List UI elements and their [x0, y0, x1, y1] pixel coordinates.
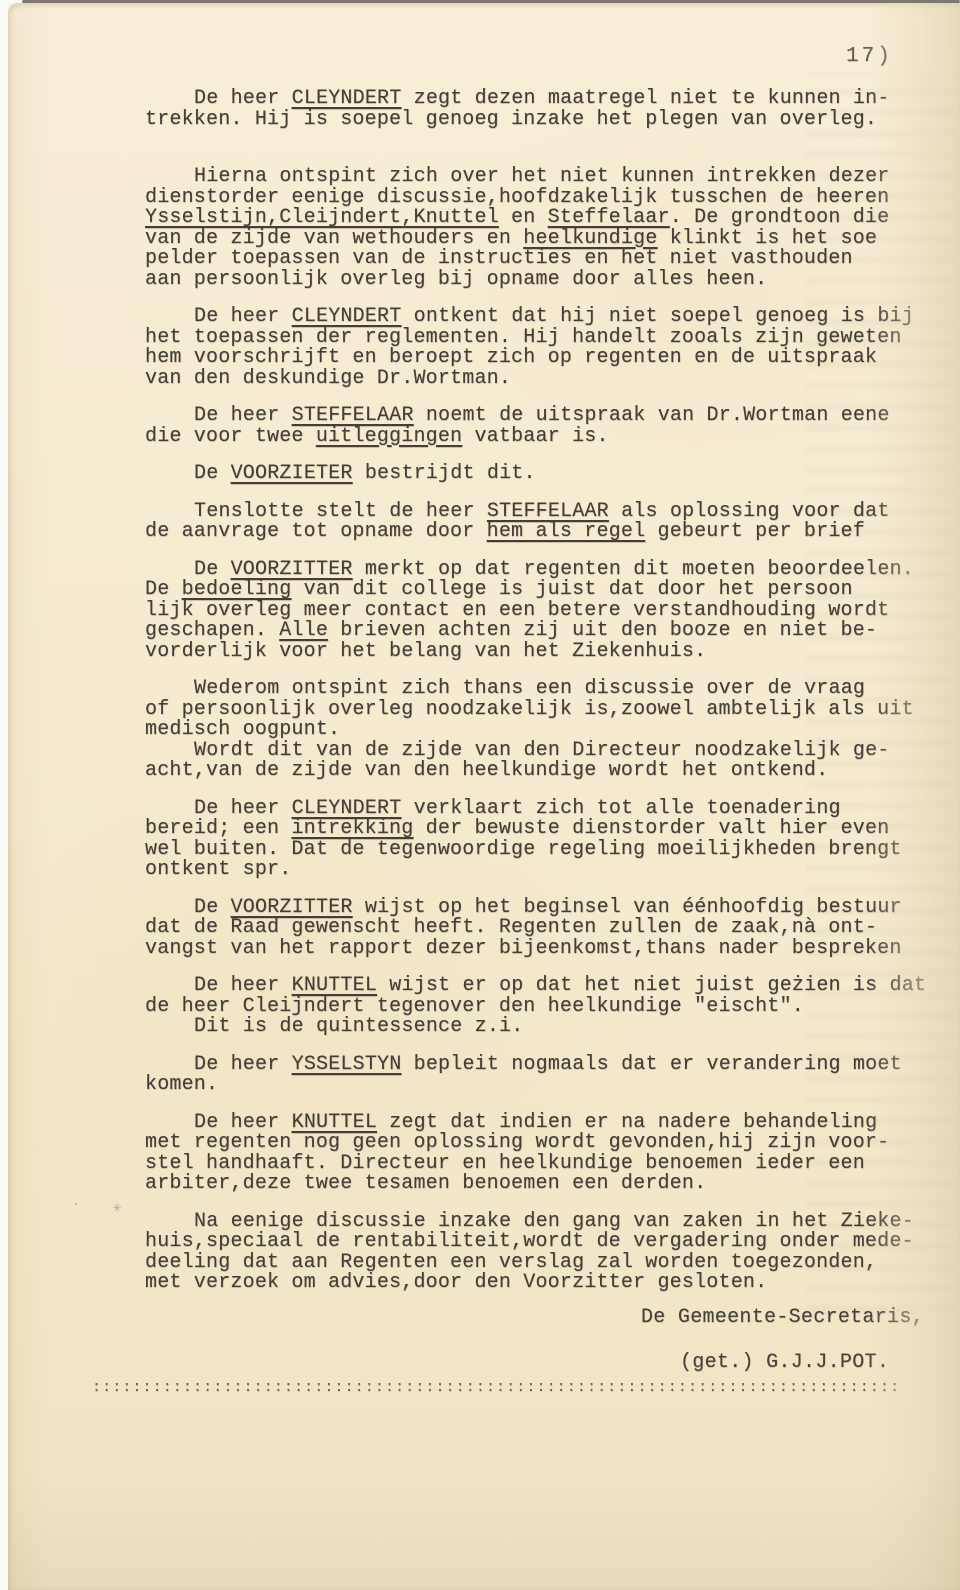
text-line: acht,van de zijde van den heelkundige wo…: [145, 761, 950, 782]
text-line: het toepassen der reglementen. Hij hande…: [145, 328, 950, 349]
paragraph: De heer CLEYNDERT zegt dezen maatregel n…: [145, 89, 950, 130]
text-line: van de zijde van wethouders en heelkundi…: [145, 229, 950, 250]
text-line: van den deskundige Dr.Wortman.: [145, 369, 950, 390]
text-line: Hierna ontspint zich over het niet kunne…: [145, 167, 950, 188]
text-line: De heer KNUTTEL zegt dat indien er na na…: [145, 1113, 950, 1134]
text-line: met regenten nog geen oplossing wordt ge…: [145, 1133, 950, 1154]
text-line: De VOORZIETER bestrijdt dit.: [145, 464, 950, 485]
text-line: Tenslotte stelt de heer STEFFELAAR als o…: [145, 502, 950, 523]
text-line: ontkent spr.: [145, 860, 950, 881]
text-line: De VOORZITTER merkt op dat regenten dit …: [145, 560, 950, 581]
text-line: of persoonlijk overleg noodzakelijk is,z…: [145, 700, 950, 721]
text-line: De heer CLEYNDERT zegt dezen maatregel n…: [145, 89, 950, 110]
underlined-text: YSSELSTYN: [292, 1053, 402, 1076]
text-line: trekken. Hij is soepel genoeg inzake het…: [145, 110, 950, 131]
underlined-text: VOORZIETER: [231, 462, 353, 485]
paragraph: De heer STEFFELAAR noemt de uitspraak va…: [145, 406, 950, 447]
text-line: aan persoonlijk overleg bij opname door …: [145, 270, 950, 291]
text-segment: vatbaar is.: [462, 425, 608, 448]
text-line: met verzoek om advies,door den Voorzitte…: [145, 1273, 950, 1294]
document-body: De heer CLEYNDERT zegt dezen maatregel n…: [145, 89, 950, 1294]
text-line: Na eenige discussie inzake den gang van …: [145, 1212, 950, 1233]
text-segment: die voor twee: [145, 425, 316, 448]
text-line: De heer YSSELSTYN bepleit nogmaals dat e…: [145, 1055, 950, 1076]
text-segment: De: [194, 462, 231, 485]
paragraph: De VOORZIETER bestrijdt dit.: [145, 464, 950, 485]
text-line: Wordt dit van de zijde van den Directeur…: [145, 741, 950, 762]
underlined-text: hem als regel: [487, 520, 646, 543]
text-segment: Dit is de quintessence z.i.: [194, 1015, 523, 1038]
scanned-page: 17) De heer CLEYNDERT zegt dezen maatreg…: [8, 3, 960, 1590]
text-line: De heer STEFFELAAR noemt de uitspraak va…: [145, 406, 950, 427]
text-line: De heer CLEYNDERT verklaart zich tot all…: [145, 799, 950, 820]
text-line: lijk overleg meer contact en een betere …: [145, 601, 950, 622]
text-line: Dit is de quintessence z.i.: [145, 1017, 950, 1038]
paragraph: De heer CLEYNDERT ontkent dat hij niet s…: [145, 307, 950, 389]
text-line: Ysselstijn,Cleijndert,Knuttel en Steffel…: [145, 208, 950, 229]
text-line: bereid; een intrekking der bewuste diens…: [145, 819, 950, 840]
text-segment: bestrijdt dit.: [353, 462, 536, 485]
paragraph: Na eenige discussie inzake den gang van …: [145, 1212, 950, 1294]
text-segment: vangst van het rapport dezer bijeenkomst…: [145, 937, 902, 960]
text-line: pelder toepassen van de instructies en h…: [145, 249, 950, 270]
paragraph: De heer YSSELSTYN bepleit nogmaals dat e…: [145, 1055, 950, 1096]
text-line: de aanvrage tot opname door hem als rege…: [145, 522, 950, 543]
signature-role: De Gemeente-Secretaris,: [641, 1306, 924, 1329]
separator-dotted-line: ::::::::::::::::::::::::::::::::::::::::…: [92, 1379, 900, 1396]
text-line: die voor twee uitleggingen vatbaar is.: [145, 427, 950, 448]
text-segment: trekken. Hij is soepel genoeg inzake het…: [145, 108, 877, 131]
text-line: vangst van het rapport dezer bijeenkomst…: [145, 939, 950, 960]
text-segment: komen.: [145, 1073, 218, 1096]
text-line: De bedoeling van dit college is juist da…: [145, 580, 950, 601]
text-segment: bepleit nogmaals dat er verandering moet: [401, 1053, 901, 1076]
text-line: hem voorschrijft en beroept zich op rege…: [145, 348, 950, 369]
text-segment: acht,van de zijde van den heelkundige wo…: [145, 759, 828, 782]
text-segment: gebeurt per brief: [645, 520, 865, 543]
underlined-text: uitleggingen: [316, 425, 462, 448]
page-number: 17): [846, 45, 893, 68]
paragraph: Tenslotte stelt de heer STEFFELAAR als o…: [145, 502, 950, 543]
text-line: komen.: [145, 1075, 950, 1096]
text-segment: arbiter,deze twee tesamen benoemen een d…: [145, 1172, 706, 1195]
paragraph: De heer KNUTTEL wijst er op dat het niet…: [145, 976, 950, 1038]
text-line: de heer Cleijndert tegenover den heelkun…: [145, 997, 950, 1018]
text-segment: ontkent spr.: [145, 858, 291, 881]
text-line: geschapen. Alle brieven achten zij uit d…: [145, 621, 950, 642]
text-line: Wederom ontspint zich thans een discussi…: [145, 679, 950, 700]
text-segment: aan persoonlijk overleg bij opname door …: [145, 268, 767, 291]
text-line: dienstorder eenige discussie,hoofdzakeli…: [145, 188, 950, 209]
paragraph: De heer KNUTTEL zegt dat indien er na na…: [145, 1113, 950, 1195]
text-line: De heer CLEYNDERT ontkent dat hij niet s…: [145, 307, 950, 328]
paragraph: Hierna ontspint zich over het niet kunne…: [145, 167, 950, 290]
text-line: arbiter,deze twee tesamen benoemen een d…: [145, 1174, 950, 1195]
text-segment: met verzoek om advies,door den Voorzitte…: [145, 1271, 767, 1294]
text-line: deeling dat aan Regenten een verslag zal…: [145, 1253, 950, 1274]
paragraph: De VOORZITTER merkt op dat regenten dit …: [145, 560, 950, 663]
pencil-dot-mark: ·: [74, 1197, 78, 1213]
text-line: vorderlijk voor het belang van het Zieke…: [145, 642, 950, 663]
text-line: stel handhaaft. Directeur en heelkundige…: [145, 1154, 950, 1175]
text-segment: vorderlijk voor het belang van het Zieke…: [145, 640, 706, 663]
paragraph: Wederom ontspint zich thans een discussi…: [145, 679, 950, 782]
text-line: dat de Raad gewenscht heeft. Regenten zu…: [145, 918, 950, 939]
paragraph: De VOORZITTER wijst op het beginsel van …: [145, 898, 950, 960]
text-line: De VOORZITTER wijst op het beginsel van …: [145, 898, 950, 919]
text-line: huis,speciaal de rentabiliteit,wordt de …: [145, 1232, 950, 1253]
text-line: medisch oogpunt.: [145, 720, 950, 741]
text-line: wel buiten. Dat de tegenwoordige regelin…: [145, 840, 950, 861]
pencil-asterisk-mark: ✳: [112, 1201, 122, 1215]
paragraph: De heer CLEYNDERT verklaart zich tot all…: [145, 799, 950, 881]
text-line: De heer KNUTTEL wijst er op dat het niet…: [145, 976, 950, 997]
text-segment: de aanvrage tot opname door: [145, 520, 487, 543]
signature-name: (get.) G.J.J.POT.: [680, 1351, 889, 1374]
text-segment: van den deskundige Dr.Wortman.: [145, 367, 511, 390]
